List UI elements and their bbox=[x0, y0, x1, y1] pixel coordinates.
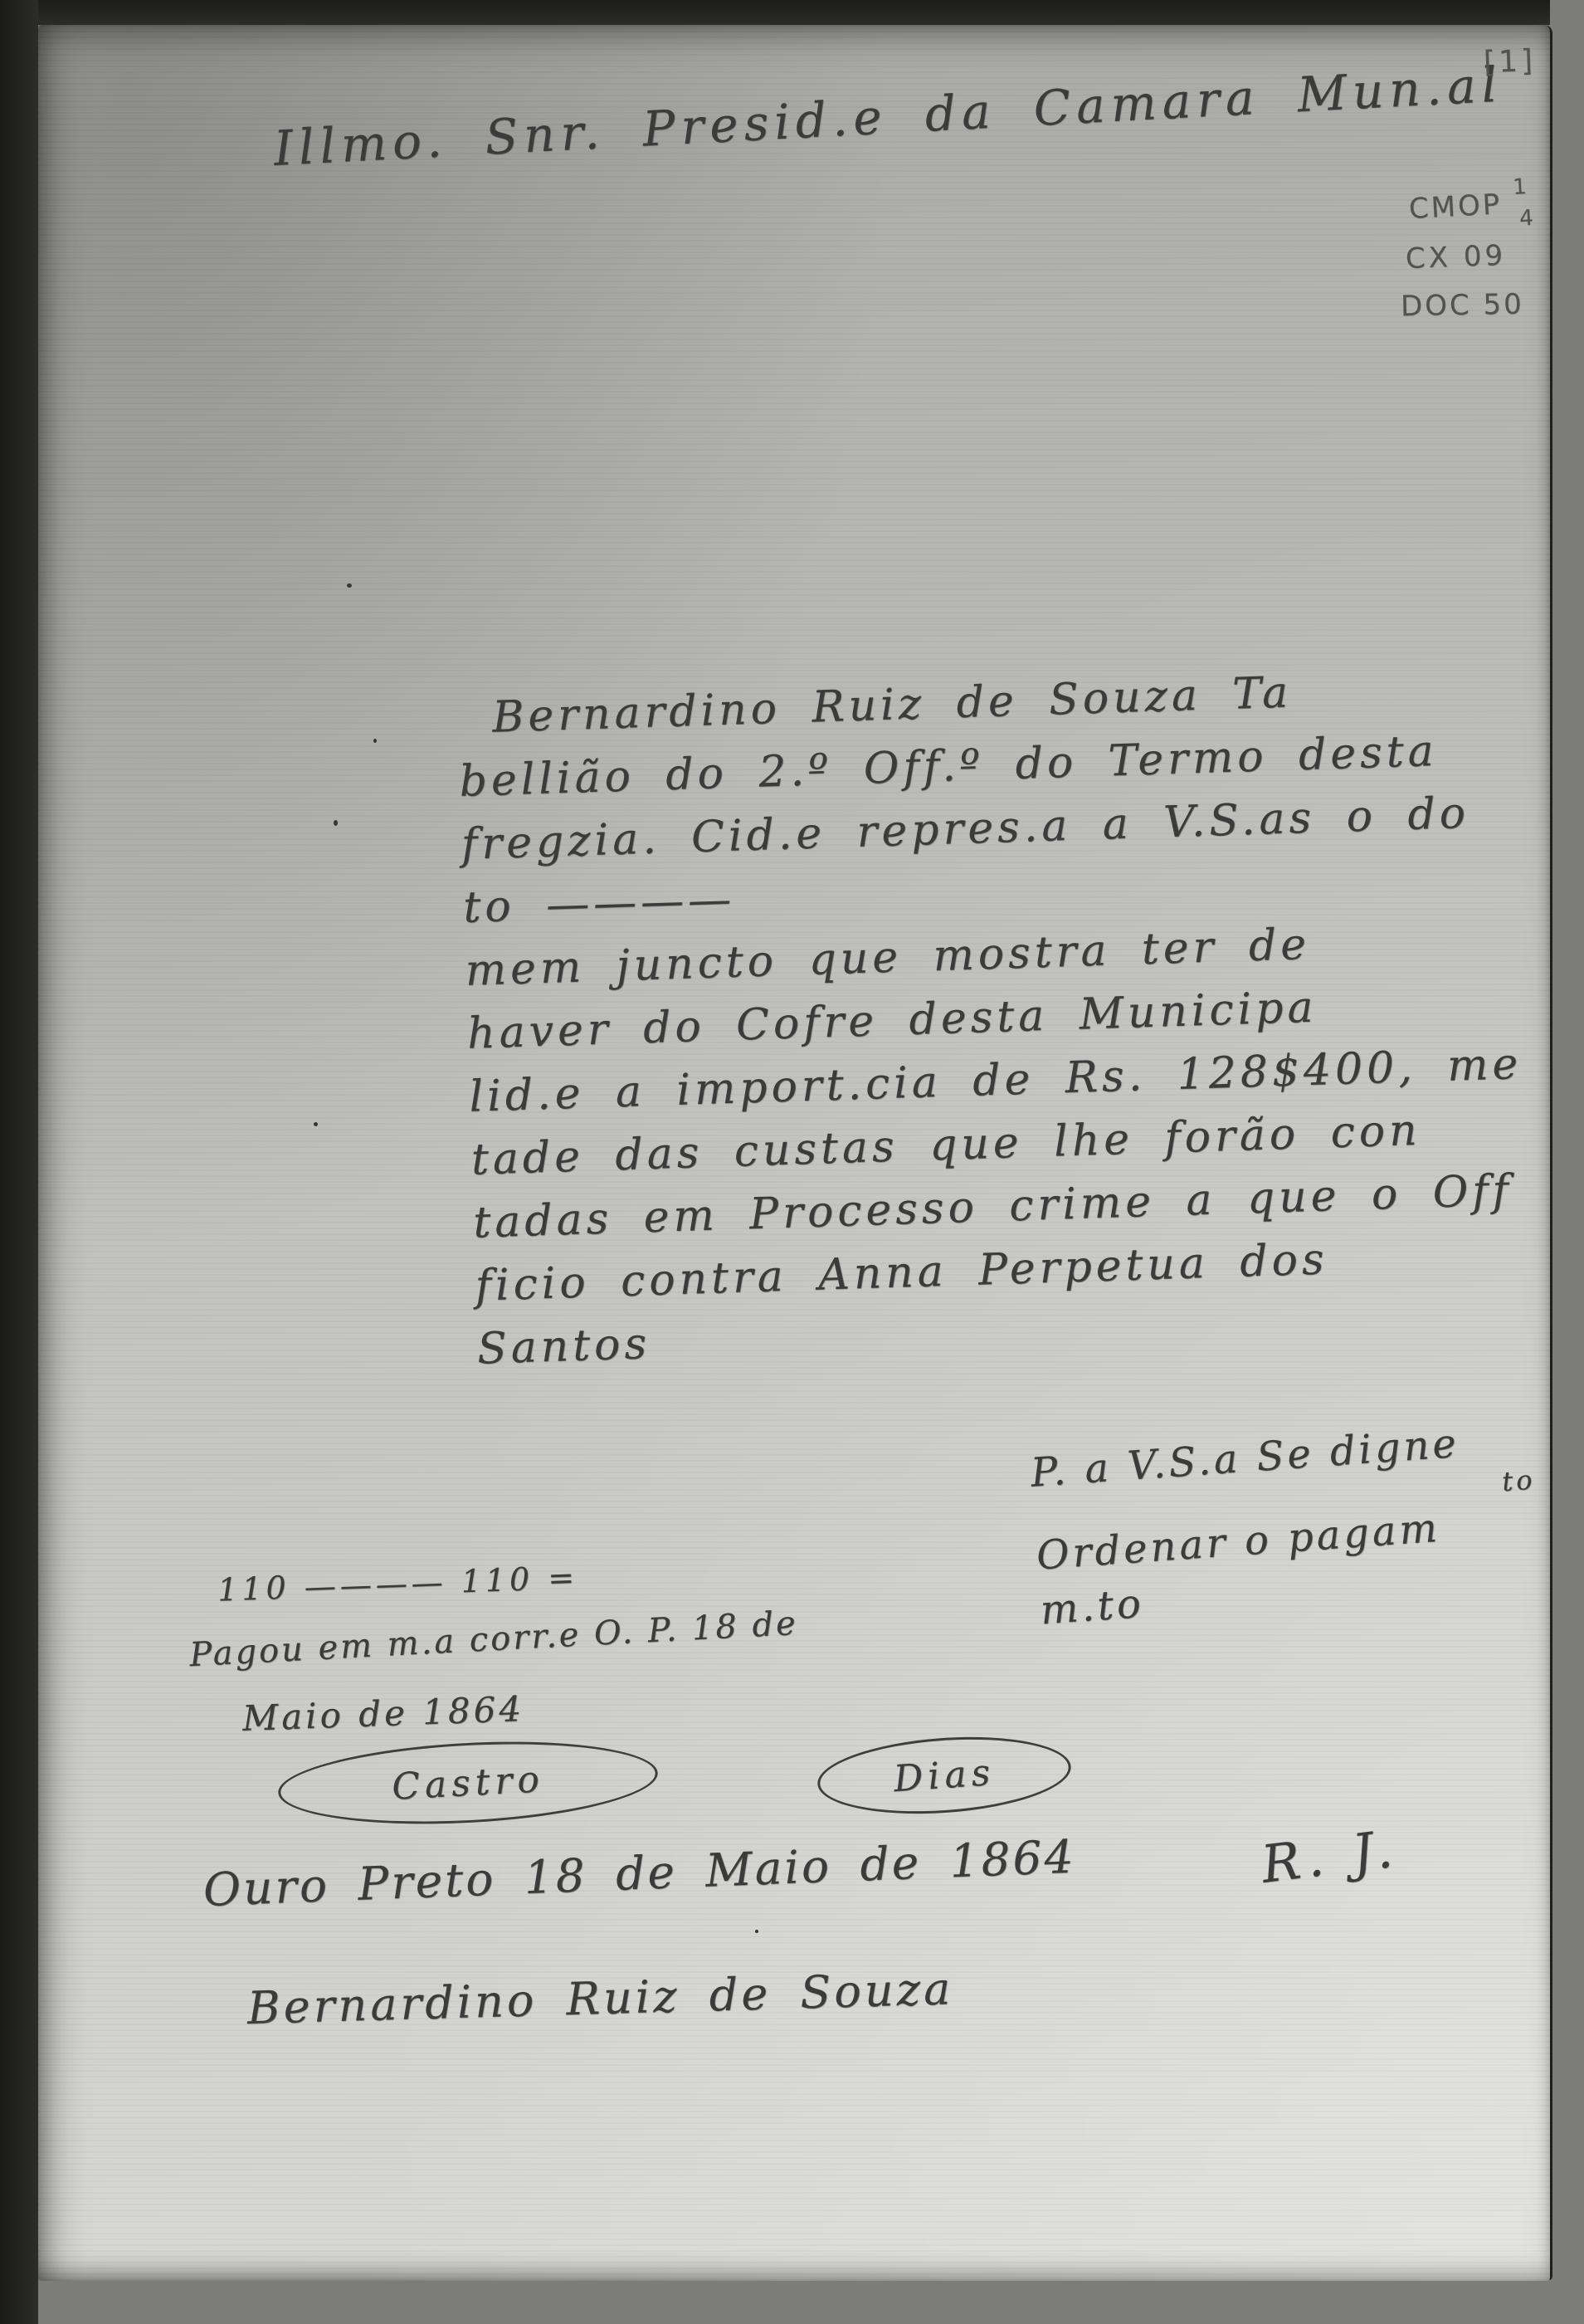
archival-collection-fraction: 14 bbox=[1506, 186, 1524, 223]
petition-closing: P. a V.S.a Se digne to Ordenar o pagam m… bbox=[1029, 1409, 1564, 1638]
archival-collection-mark: CMOP14 bbox=[1408, 186, 1524, 228]
archival-box-mark: CX 09 bbox=[1405, 239, 1506, 276]
manuscript-body: Bernardino Ruiz de Souza Ta bellião do 2… bbox=[456, 653, 1565, 1381]
ink-speck bbox=[755, 1930, 758, 1933]
ink-speck bbox=[373, 739, 377, 743]
document-scan: Illmo. Snr. Presid.e da Camara Mun.al [1… bbox=[0, 0, 1584, 2324]
archival-collection-code: CMOP bbox=[1408, 188, 1503, 226]
ink-speck bbox=[347, 583, 352, 588]
archival-fraction-denominator: 4 bbox=[1519, 209, 1537, 228]
signature-dias: Dias bbox=[892, 1750, 996, 1799]
archival-doc-mark: DOC 50 bbox=[1401, 288, 1524, 324]
archival-page-mark: [1] bbox=[1483, 44, 1536, 80]
scan-edge-left bbox=[0, 0, 38, 2324]
signature-castro: Castro bbox=[391, 1758, 545, 1809]
archival-fraction-numerator: 1 bbox=[1513, 178, 1530, 197]
scan-edge-top bbox=[0, 0, 1550, 25]
ink-speck bbox=[334, 820, 338, 826]
ink-speck bbox=[314, 1122, 318, 1126]
